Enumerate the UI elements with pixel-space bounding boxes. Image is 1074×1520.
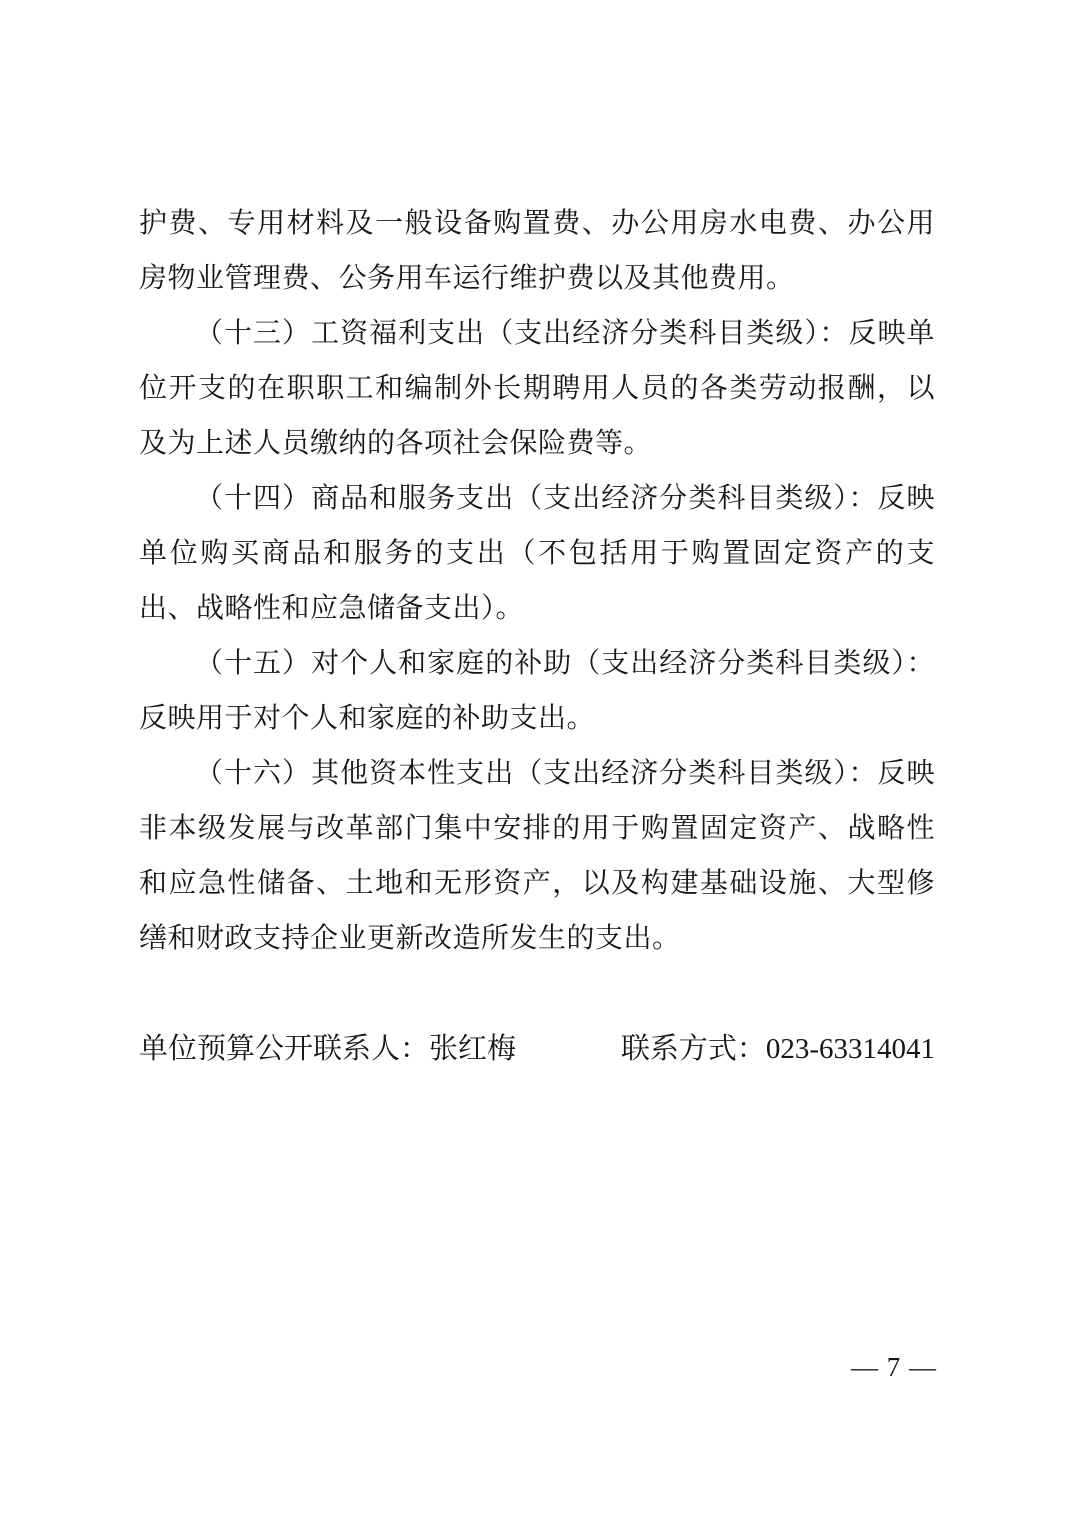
- paragraph-maintenance-fees-continuation: 护费、专用材料及一般设备购置费、办公用房水电费、办公用房物业管理费、公务用车运行…: [139, 196, 935, 306]
- contact-person-name: 张红梅: [429, 1022, 516, 1077]
- document-content: 护费、专用材料及一般设备购置费、办公用房水电费、办公用房物业管理费、公务用车运行…: [139, 196, 935, 1077]
- paragraph-item-15-individual-family-subsidy: （十五）对个人和家庭的补助（支出经济分类科目类级）：反映用于对个人和家庭的补助支…: [139, 636, 935, 746]
- contact-person-label: 单位预算公开联系人：: [139, 1022, 429, 1077]
- contact-method-label: 联系方式：: [621, 1022, 766, 1077]
- contact-row: 单位预算公开联系人： 张红梅 联系方式： 023-63314041: [139, 1022, 935, 1077]
- contact-phone-number: 023-63314041: [766, 1022, 935, 1077]
- budget-contact-person: 单位预算公开联系人： 张红梅: [139, 1022, 516, 1077]
- contact-method: 联系方式： 023-63314041: [621, 1022, 935, 1077]
- paragraph-item-13-wage-welfare: （十三）工资福利支出（支出经济分类科目类级）：反映单位开支的在职职工和编制外长期…: [139, 306, 935, 471]
- page-number: — 7 —: [851, 1352, 937, 1383]
- paragraph-item-14-goods-services: （十四）商品和服务支出（支出经济分类科目类级）：反映单位购买商品和服务的支出（不…: [139, 471, 935, 636]
- paragraph-item-16-other-capital-expenditure: （十六）其他资本性支出（支出经济分类科目类级）：反映非本级发展与改革部门集中安排…: [139, 746, 935, 966]
